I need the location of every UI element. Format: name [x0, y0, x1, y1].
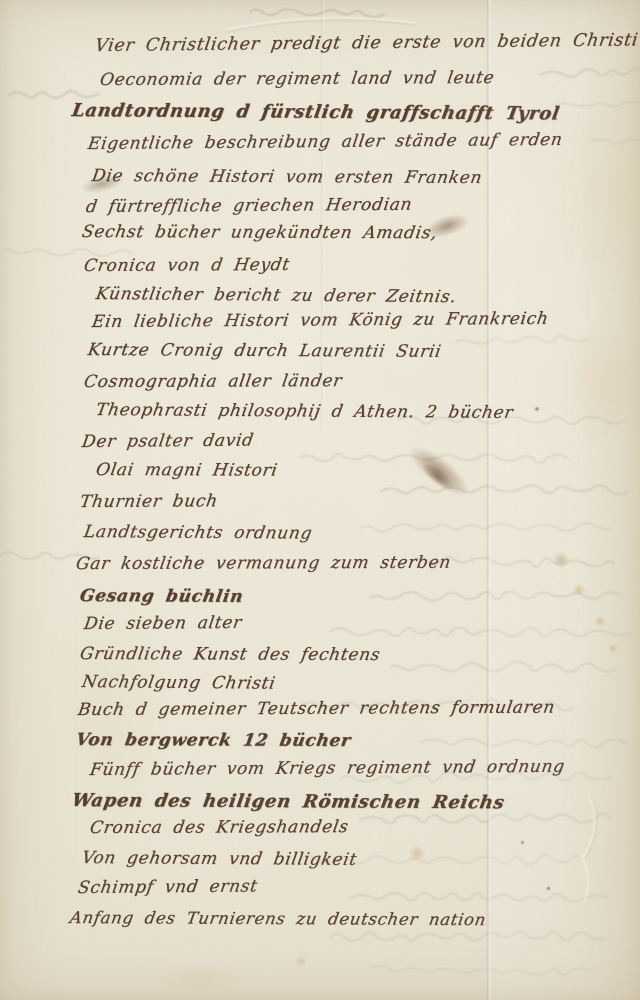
corner-crease	[582, 792, 595, 902]
manuscript-line: d fürtreffliche griechen Herodian	[84, 195, 413, 217]
fold-crease-shadow	[225, 20, 415, 32]
stain	[534, 406, 540, 412]
manuscript-line: Fünff bücher vom Kriegs regiment vnd ord…	[88, 757, 566, 780]
stain	[294, 956, 308, 967]
manuscript-line: Die schöne Histori vom ersten Franken	[90, 166, 483, 188]
bleed-through-line	[370, 966, 591, 974]
bleed-through-line	[540, 68, 640, 77]
stain	[408, 846, 426, 861]
bleed-through-line	[300, 454, 569, 464]
manuscript-page: Vier Christlicher predigt die erste von …	[0, 0, 640, 1000]
manuscript-line: Olai magni Histori	[94, 460, 279, 481]
bleed-through-line	[360, 814, 611, 824]
manuscript-line: Wapen des heiligen Römischen Reichs	[70, 790, 506, 813]
stain	[608, 644, 618, 653]
manuscript-line: Eigentliche beschreibung aller stände au…	[87, 130, 565, 154]
bleed-through-line	[8, 91, 99, 98]
bleed-through-line	[350, 893, 608, 901]
manuscript-line: Gesang büchlin	[78, 586, 244, 607]
manuscript-line: Der psalter david	[81, 430, 256, 452]
manuscript-line: Schimpf vnd ernst	[77, 876, 260, 898]
manuscript-line: Gar kostliche vermanung zum sterben	[74, 553, 452, 574]
manuscript-line: Kurtze Cronig durch Laurentii Surii	[86, 340, 443, 362]
bleed-through-line	[588, 140, 640, 144]
stain	[402, 438, 476, 504]
manuscript-line: Oeconomia der regiment land vnd leute	[98, 68, 495, 90]
manuscript-line: Cronica des Kriegshandels	[88, 817, 350, 838]
manuscript-line: Ein liebliche Histori vom König zu Frank…	[90, 309, 550, 332]
stain	[545, 90, 640, 300]
corner-crease-shadow	[584, 794, 597, 860]
stain	[150, 962, 250, 996]
stain	[552, 552, 570, 568]
manuscript-line: Künstlicher bericht zu derer Zeitnis.	[94, 284, 458, 307]
bleed-through-line	[455, 335, 590, 343]
manuscript-line: Von bergwerck 12 bücher	[74, 730, 352, 751]
manuscript-line: Landtsgerichts ordnung	[82, 522, 313, 544]
stain	[594, 616, 606, 627]
manuscript-line: Cronica von d Heydt	[82, 255, 291, 276]
manuscript-line: Cosmographia aller länder	[82, 371, 343, 392]
stain	[418, 459, 458, 495]
manuscript-line: Theophrasti philosophij d Athen. 2 büche…	[94, 400, 514, 423]
manuscript-line: Vier Christlicher predigt die erste von …	[94, 30, 640, 56]
bleed-through-line	[330, 628, 630, 637]
stain	[520, 840, 525, 845]
manuscript-line: Thurnier buch	[78, 491, 219, 512]
bleed-through-line	[330, 931, 605, 941]
fold-crease	[225, 18, 415, 30]
manuscript-line: Landtordnung d fürstlich graffschafft Ty…	[70, 100, 561, 124]
bleed-through-line	[370, 592, 621, 601]
manuscript-line: Gründliche Kunst des fechtens	[78, 644, 381, 665]
manuscript-line: Die sieben alter	[82, 613, 243, 634]
manuscript-line: Nachfolgung Christi	[80, 672, 277, 694]
bleed-through-line	[390, 662, 615, 672]
bleed-through-line	[360, 523, 612, 531]
manuscript-line: Von gehorsam vnd billigkeit	[80, 848, 358, 870]
manuscript-line: Buch d gemeiner Teutscher rechtens formu…	[76, 697, 556, 720]
bleed-through-line	[380, 485, 629, 494]
manuscript-line: Sechst bücher ungekündten Amadis,	[80, 222, 439, 243]
bleed-through-line	[555, 102, 640, 106]
manuscript-line: Anfang des Turnierens zu deutscher natio…	[68, 908, 487, 929]
bleed-through-line	[420, 739, 626, 748]
bleed-through-line	[250, 9, 384, 17]
stain	[572, 584, 586, 596]
stain	[560, 320, 640, 450]
stain	[546, 886, 551, 891]
